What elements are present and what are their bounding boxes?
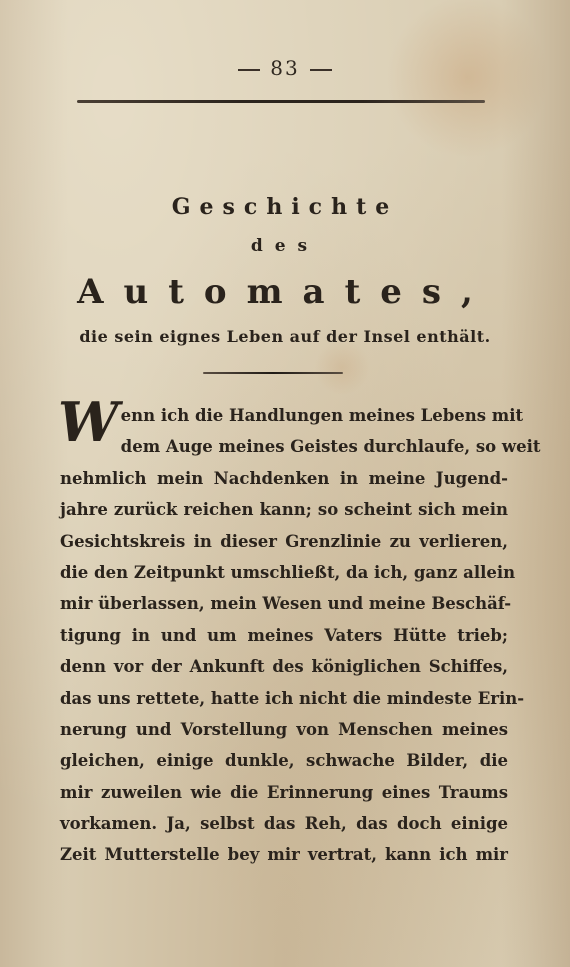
- text-line: die den Zeitpunkt umschließt, da ich, ga…: [60, 557, 508, 588]
- text-line: vorkamen. Ja, selbst das Reh, das doch e…: [60, 808, 508, 839]
- page-number-text: 83: [270, 56, 299, 80]
- text-line: enn ich die Handlungen meines Lebens mit: [60, 400, 508, 431]
- book-page: 83 Geschichte des Automates, die sein ei…: [0, 0, 570, 967]
- folio-dash-right: [310, 69, 332, 71]
- text-line: mir zuweilen wie die Erinnerung eines Tr…: [60, 777, 508, 808]
- text-line: nerung und Vorstellung von Menschen mein…: [60, 714, 508, 745]
- text-line: Zeit Mutterstelle bey mir vertrat, kann …: [60, 839, 508, 870]
- folio-dash-left: [238, 69, 260, 71]
- chapter-title-line-1: Geschichte: [0, 194, 570, 220]
- drop-cap: W: [58, 400, 119, 444]
- text-line: nehmlich mein Nachdenken in meine Jugend…: [60, 463, 508, 494]
- chapter-title-line-2: des: [0, 236, 570, 256]
- text-line: mir überlassen, mein Wesen und meine Bes…: [60, 588, 508, 619]
- chapter-subtitle: die sein eignes Leben auf der Insel enth…: [0, 327, 570, 346]
- body-paragraph: W enn ich die Handlungen meines Lebens m…: [60, 400, 508, 871]
- text-line: das uns rettete, hatte ich nicht die min…: [60, 683, 508, 714]
- text-line: dem Auge meines Geistes durchlaufe, so w…: [60, 431, 508, 462]
- section-divider: [203, 372, 343, 374]
- text-line: tigung in und um meines Vaters Hütte tri…: [60, 620, 508, 651]
- text-line: gleichen, einige dunkle, schwache Bilder…: [60, 745, 508, 776]
- header-rule: [77, 100, 485, 103]
- text-line: jahre zurück reichen kann; so scheint si…: [60, 494, 508, 525]
- page-number: 83: [0, 56, 570, 80]
- chapter-title-line-3: Automates,: [0, 272, 570, 312]
- text-line: Gesichtskreis in dieser Grenzlinie zu ve…: [60, 526, 508, 557]
- text-line: denn vor der Ankunft des königlichen Sch…: [60, 651, 508, 682]
